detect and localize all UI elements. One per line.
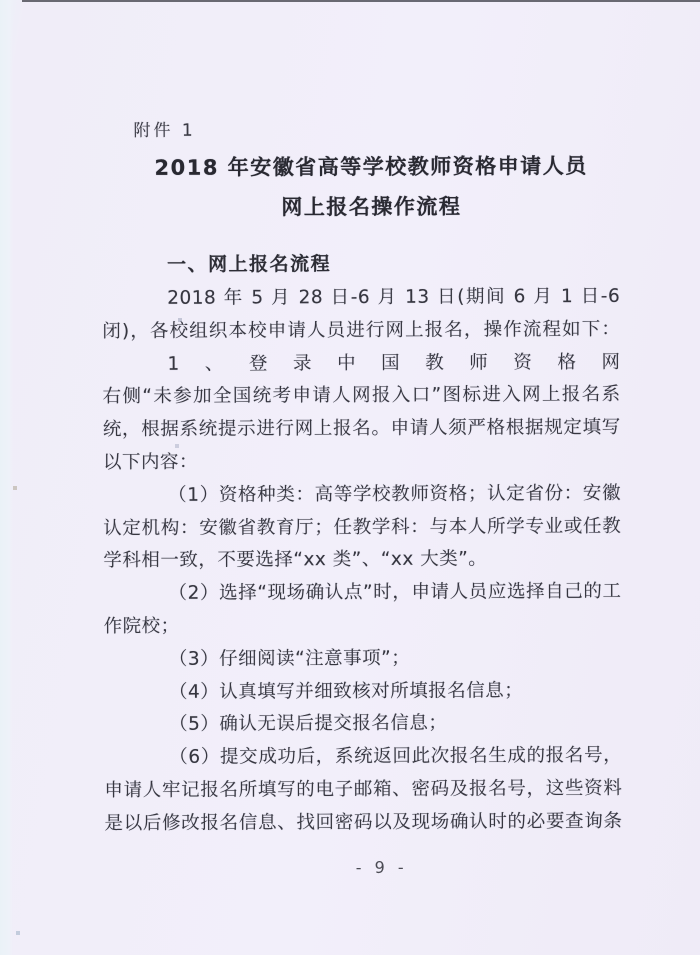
body-line: 1、登录中国教师资格网（http://www.jszg.edu.cn），点击 (102, 346, 620, 381)
body-line: 以下内容： (103, 445, 621, 480)
body-line: 2018 年 5 月 28 日-6 月 13 日(期间 6 月 1 日-6 日网… (102, 281, 620, 316)
attachment-label: 附件 1 (133, 116, 195, 141)
document-title: 2018 年安徽省高等学校教师资格申请人员 网上报名操作流程 (44, 145, 699, 228)
document-content: 附件 1 2018 年安徽省高等学校教师资格申请人员 网上报名操作流程 一、网上… (0, 0, 700, 955)
body-line: 闭)，各校组织本校申请人员进行网上报名，操作流程如下： (102, 314, 620, 349)
body-line: （4）认真填写并细致核对所填报名信息； (104, 674, 622, 709)
body-line: （1）资格种类：高等学校教师资格；认定省份：安徽省； (103, 478, 621, 513)
body-line: 认定机构：安徽省教育厅；任教学科：与本人所学专业或任教 (103, 510, 621, 545)
document-title-line-2: 网上报名操作流程 (44, 185, 699, 228)
body-text: 2018 年 5 月 28 日-6 月 13 日(期间 6 月 1 日-6 日网… (102, 281, 622, 841)
page-number: - 9 - (62, 856, 700, 878)
section-heading: 一、网上报名流程 (167, 249, 331, 277)
scanned-document-page: 附件 1 2018 年安徽省高等学校教师资格申请人员 网上报名操作流程 一、网上… (0, 0, 700, 955)
body-line: （6）提交成功后，系统返回此次报名生成的报名号，请 (104, 740, 622, 775)
body-line: （5）确认无误后提交报名信息； (104, 707, 622, 742)
document-title-line-1: 2018 年安徽省高等学校教师资格申请人员 (44, 145, 699, 188)
body-line: 统，根据系统提示进行网上报名。申请人须严格根据规定填写 (103, 412, 621, 447)
body-line: 是以后修改报名信息、找回密码以及现场确认时的必要查询条 (104, 806, 622, 841)
body-line: （2）选择“现场确认点”时，申请人员应选择自己的工 (103, 576, 621, 611)
body-line: 作院校； (104, 609, 622, 644)
body-line: 申请人牢记报名所填写的电子邮箱、密码及报名号，这些资料 (104, 773, 622, 808)
body-line: （3）仔细阅读“注意事项”； (104, 642, 622, 677)
body-line: 学科相一致，不要选择“xx 类”、“xx 大类”。 (103, 543, 621, 578)
body-line: 右侧“未参加全国统考申请人网报入口”图标进入网上报名系 (103, 379, 621, 414)
